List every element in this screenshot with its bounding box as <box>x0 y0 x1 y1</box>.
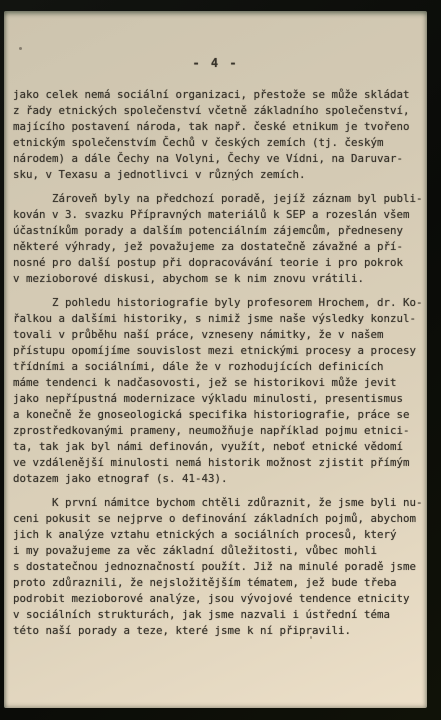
page-number: - 4 - <box>4 56 427 70</box>
paragraph-1: jako celek nemá sociální organizaci, pře… <box>13 87 424 183</box>
paper-speck <box>19 47 22 50</box>
document-page: - 4 - jako celek nemá sociální organizac… <box>4 11 427 708</box>
paper-speck <box>310 636 312 639</box>
page-content: jako celek nemá sociální organizaci, pře… <box>13 87 424 639</box>
paragraph-2: Zároveň byly na předchozí poradě, jejíž … <box>13 191 424 287</box>
paragraph-3: Z pohledu historiografie byly profesorem… <box>13 295 424 487</box>
paragraph-4: K první námitce bychom chtěli zdůraznit,… <box>13 495 424 639</box>
paper-speck <box>232 179 234 181</box>
photo-background: - 4 - jako celek nemá sociální organizac… <box>0 0 441 720</box>
